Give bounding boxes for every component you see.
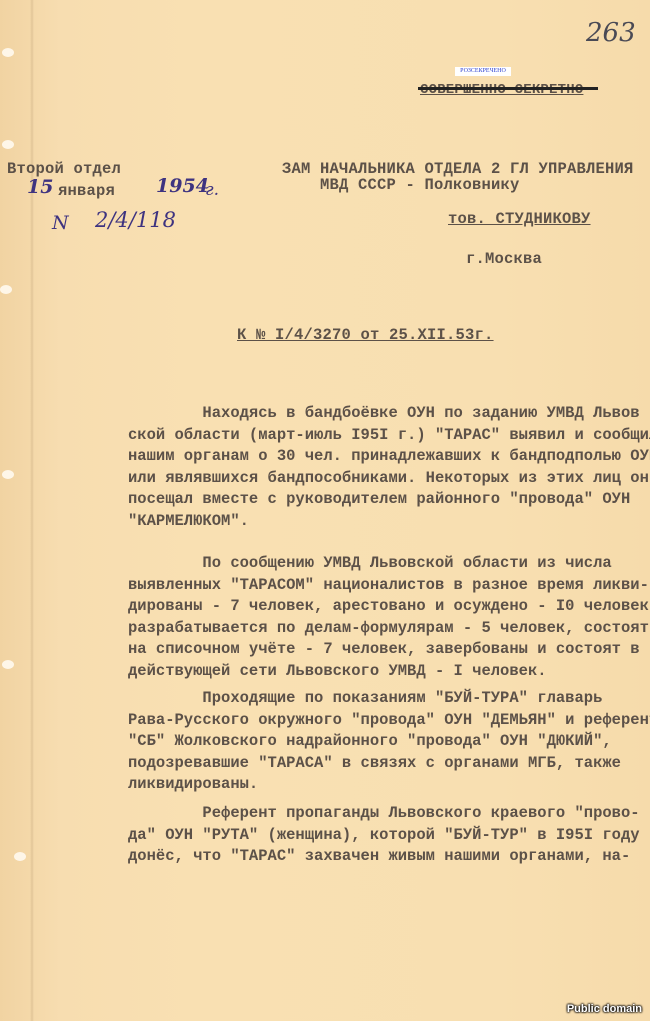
- binding-hole: [2, 48, 14, 57]
- image-credit: Public domain: [567, 1003, 642, 1015]
- recipient-name: тов. СТУДНИКОВУ: [448, 210, 591, 228]
- binding-hole: [0, 285, 12, 294]
- outgoing-number: 2/4/118: [95, 208, 176, 232]
- binding-hole: [2, 470, 14, 479]
- classification-strikethrough: [418, 87, 598, 90]
- declassified-stamp: РОЗСЕКРЕЧЕНО: [455, 67, 511, 76]
- text-line: "КАРМЕЛЮКОМ".: [128, 511, 648, 533]
- paragraph-2: По сообщению УМВД Львовской области из ч…: [128, 553, 648, 682]
- reference-number: К № I/4/3270 от 25.XII.53г.: [237, 326, 494, 344]
- text-line: нашим органам о 30 чел. принадлежавших к…: [128, 446, 648, 468]
- binding-hole: [2, 660, 14, 669]
- recipient-city: г.Москва: [466, 250, 542, 268]
- text-line: Проходящие по показаниям "БУЙ-ТУРА" глав…: [128, 688, 648, 710]
- text-line: на списочном учёте - 7 человек, завербов…: [128, 639, 648, 661]
- text-line: дированы - 7 человек, арестовано и осужд…: [128, 596, 648, 618]
- text-line: ской области (март-июль I95I г.) "ТАРАС"…: [128, 425, 648, 447]
- text-line: посещал вместе с руководителем районного…: [128, 489, 648, 511]
- text-line: действующей сети Львовского УМВД - I чел…: [128, 661, 648, 683]
- recipient-line-2: МВД СССР - Полковнику: [320, 176, 520, 194]
- text-line: Рава-Русского окружного "провода" ОУН "Д…: [128, 710, 648, 732]
- text-line: ликвидированы.: [128, 774, 648, 796]
- binding-hole: [14, 852, 26, 861]
- text-line: Находясь в бандбоёвке ОУН по заданию УМВ…: [128, 403, 648, 425]
- text-line: да" ОУН "РУТА" (женщина), которой "БУЙ-Т…: [128, 825, 648, 847]
- paragraph-3: Проходящие по показаниям "БУЙ-ТУРА" глав…: [128, 688, 648, 796]
- classification-mark: СОВЕРШЕННО СЕКРЕТНО: [420, 82, 583, 98]
- date-year: 1954: [156, 175, 209, 197]
- paper-fold: [30, 0, 34, 1021]
- date-suffix: г.: [205, 180, 219, 200]
- binding-hole: [2, 140, 14, 149]
- text-line: подозревавшие "ТАРАСА" в связях с органа…: [128, 753, 648, 775]
- sender-department: Второй отдел: [7, 160, 121, 178]
- text-line: донёс, что "ТАРАС" захвачен живым нашими…: [128, 846, 648, 868]
- text-line: Референт пропаганды Львовского краевого …: [128, 803, 648, 825]
- paragraph-1: Находясь в бандбоёвке ОУН по заданию УМВ…: [128, 403, 648, 532]
- page-number: 263: [586, 18, 636, 48]
- date-month: января: [58, 182, 115, 200]
- text-line: разрабатывается по делам-формулярам - 5 …: [128, 618, 648, 640]
- text-line: "СБ" Жолковского надрайонного "провода" …: [128, 731, 648, 753]
- text-line: выявленных "ТАРАСОМ" националистов в раз…: [128, 575, 648, 597]
- outgoing-number-prefix: N: [52, 212, 69, 234]
- date-day: 15: [27, 176, 53, 198]
- text-line: По сообщению УМВД Львовской области из ч…: [128, 553, 648, 575]
- text-line: или являвшихся бандпособниками. Некоторы…: [128, 468, 648, 490]
- paragraph-4: Референт пропаганды Львовского краевого …: [128, 803, 648, 868]
